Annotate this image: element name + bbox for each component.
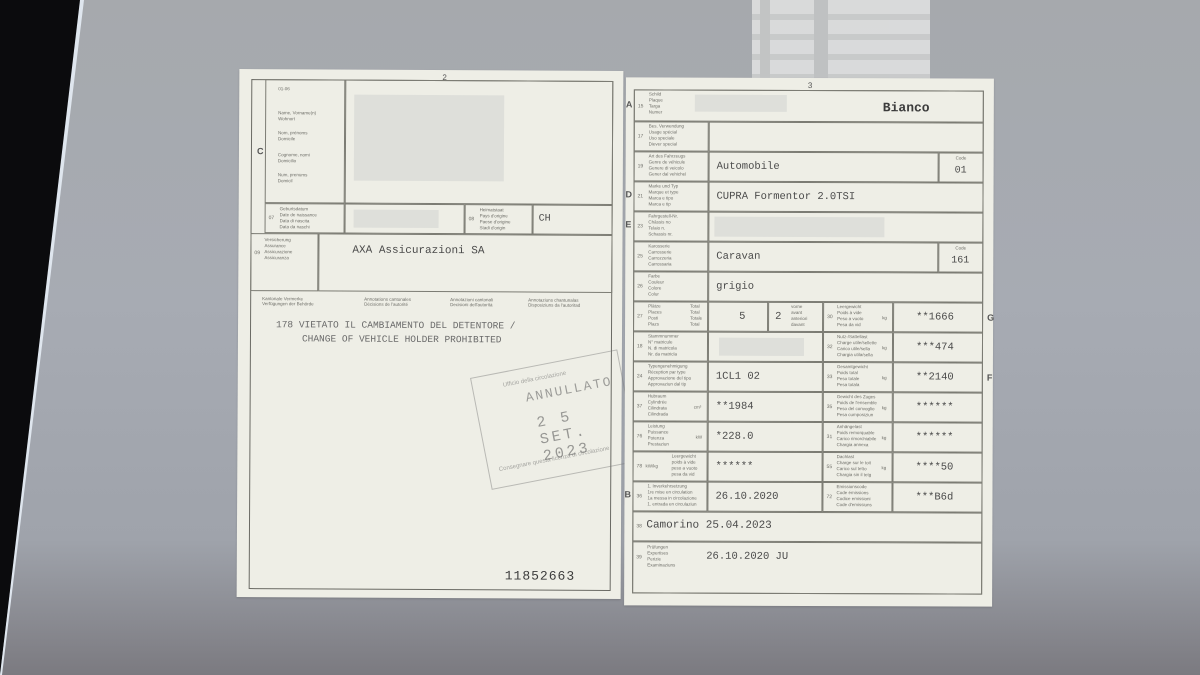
vehicle-type-label: 19 Art des Fahrzeugs Genre de véhicule G… <box>634 151 709 181</box>
vehicle-type-code: 01 <box>955 166 967 177</box>
inspections-row: 39 Prüfungen Expertises Perizie Examinaz… <box>632 541 982 594</box>
vehicle-type-value-cell: Automobile <box>709 152 939 183</box>
chassis-label: 23 Fahrgestell-Nr. Châssis no Telaio n. … <box>633 211 708 241</box>
birth-date-value-cell <box>345 204 465 235</box>
holder-redacted <box>354 95 504 182</box>
window-reflection <box>752 0 930 80</box>
origin-value: CH <box>539 214 551 225</box>
type-approval-label: 24 Typengenehmigung Réception par type A… <box>633 361 708 391</box>
vehicle-type-value: Automobile <box>717 161 780 173</box>
gross-weight-value: **2140 <box>916 371 954 383</box>
gross-weight-label: 33 Gesamtgewicht Poids total Peso totale… <box>823 362 893 392</box>
displacement-value: **1984 <box>716 401 754 413</box>
trailer-load-value-cell: ****** <box>893 422 983 452</box>
seats-total-cell: 5 <box>708 302 768 332</box>
origin-value-cell: CH <box>533 205 613 235</box>
birth-date-redacted <box>354 210 439 228</box>
make-model-value-cell: CUPRA Formentor 2.0TSI <box>708 182 983 213</box>
seats-front: 2 <box>775 311 781 323</box>
empty-weight-value: **1666 <box>916 311 954 323</box>
power-label: 76 Leistung Puissance Potenza Prestaziun… <box>633 421 708 451</box>
body-value: Caravan <box>716 251 760 263</box>
holder-labels-cell: 01-06 Name, Vorname(n) Wohnort Nom, prén… <box>265 79 346 203</box>
body-value-cell: Caravan <box>708 242 938 273</box>
power-weight-value-cell: ****** <box>708 452 823 482</box>
color-value-cell: grigio <box>708 272 983 303</box>
insurance-value-cell: AXA Assicurazioni SA <box>318 233 612 293</box>
power-value: *228.0 <box>716 431 754 443</box>
make-model-label: 21 Marke und Typ Marque et type Marca e … <box>633 181 708 211</box>
body-code-cell: Code 161 <box>938 242 983 272</box>
train-weight-value: ****** <box>916 401 954 413</box>
trailer-load-label: 31 Anhängelast Poids remorquable Carico … <box>823 422 893 452</box>
annotation-line-2: CHANGE OF VEHICLE HOLDER PROHIBITED <box>302 333 502 345</box>
displacement-value-cell: **1984 <box>708 392 823 422</box>
special-use-value <box>709 122 984 153</box>
payload-value-cell: ***474 <box>893 332 983 362</box>
inspections-value: 26.10.2020 JU <box>706 551 788 563</box>
body-label: 25 Karosserie Carrosserie Carrozzeria Ca… <box>633 241 708 271</box>
origin-label-cell: 08 Heimatstaat Pays d'origine Paese d'or… <box>465 204 533 234</box>
place-date-row: 38 Camorino 25.04.2023 <box>632 511 982 542</box>
type-approval-value: 1CL1 02 <box>716 371 760 383</box>
chassis-redacted <box>714 217 884 238</box>
roof-load-value-cell: ****50 <box>893 452 983 482</box>
vehicle-type-code-cell: Code 01 <box>939 152 984 182</box>
train-weight-label: 35 Gewicht des Zuges Poids de l'ensemble… <box>823 392 893 422</box>
roof-load-value: ****50 <box>916 461 954 473</box>
seats-front-cell: 2 vorne avant anteriori davant <box>768 302 823 332</box>
power-value-cell: *228.0 <box>708 422 823 452</box>
registration-left-page: 2 C 01-06 Name, Vorname(n) Wohnort Nom, … <box>237 69 624 599</box>
seats-total: 5 <box>739 311 745 323</box>
holder-value-cell <box>345 80 614 205</box>
gross-weight-value-cell: **2140 <box>893 362 983 392</box>
first-registration-value-cell: 26.10.2020 <box>707 482 822 512</box>
matricule-value-cell <box>708 332 823 362</box>
train-weight-value-cell: ****** <box>893 392 983 422</box>
power-weight-value: ****** <box>716 461 754 473</box>
insurance-value: AXA Assicurazioni SA <box>352 245 484 258</box>
first-registration-label: 36 1. Inverkehrsetzung 1re mise en circu… <box>632 481 707 511</box>
empty-weight-label: 30 Leergewicht Poids à vide Peso a vuoto… <box>823 302 893 332</box>
plate-redacted <box>695 95 787 112</box>
emission-code-label: 72 Emissionscode Code émissions Codice e… <box>822 482 892 512</box>
matricule-redacted <box>719 338 804 356</box>
first-registration-value: 26.10.2020 <box>715 491 778 503</box>
page-number: 3 <box>808 81 812 90</box>
color-value: grigio <box>716 281 754 293</box>
payload-value: ***474 <box>916 341 954 353</box>
color-label: 26 Farbe Couleur Colore Colur <box>633 271 708 301</box>
emission-code-value-cell: ***B6d <box>892 482 982 512</box>
chassis-value-cell <box>708 212 983 243</box>
special-use-label: 17 Bes. Verwendung Usage spécial Uso spe… <box>634 121 709 151</box>
seats-label: 27 Plätze Places Posti Plazs Total Total… <box>633 301 708 331</box>
trailer-load-value: ****** <box>916 431 954 443</box>
place-date-value: Camorino 25.04.2023 <box>646 519 771 531</box>
empty-weight-value-cell: **1666 <box>893 302 983 332</box>
registration-right-page: 3 A 15 Schild Plaque Targa Numer Bianco … <box>624 77 994 606</box>
plate-row: 15 Schild Plaque Targa Numer Bianco <box>634 89 984 122</box>
type-approval-value-cell: 1CL1 02 <box>708 362 823 392</box>
birth-date-label-cell: 07 Geburtsdatum Date de naissance Data d… <box>265 203 345 233</box>
emission-code-value: ***B6d <box>915 491 953 503</box>
plate-color-value: Bianco <box>883 100 930 115</box>
make-model-value: CUPRA Formentor 2.0TSI <box>716 191 855 203</box>
displacement-label: 37 Hubraum Cylindrée Cilindrata Cilindra… <box>633 391 708 421</box>
power-weight-label: 78 kW/kg Leergewicht poids à vide peso a… <box>633 451 708 481</box>
serial-number: 11852663 <box>505 568 575 583</box>
body-code: 161 <box>951 255 969 266</box>
matricule-label: 18 Stammnummer N° matricule N. di matric… <box>633 331 708 361</box>
insurance-label-cell: 09 Versicherung Assurance Assicurazione … <box>250 233 318 291</box>
payload-label: 32 Nutz-/Sattellast Charge utile/sellett… <box>823 332 893 362</box>
annotation-line-1: 178 VIETATO IL CAMBIAMENTO DEL DETENTORE… <box>276 319 516 331</box>
roof-load-label: 55 Dachlast Charge sur le toit Carico su… <box>823 452 893 482</box>
